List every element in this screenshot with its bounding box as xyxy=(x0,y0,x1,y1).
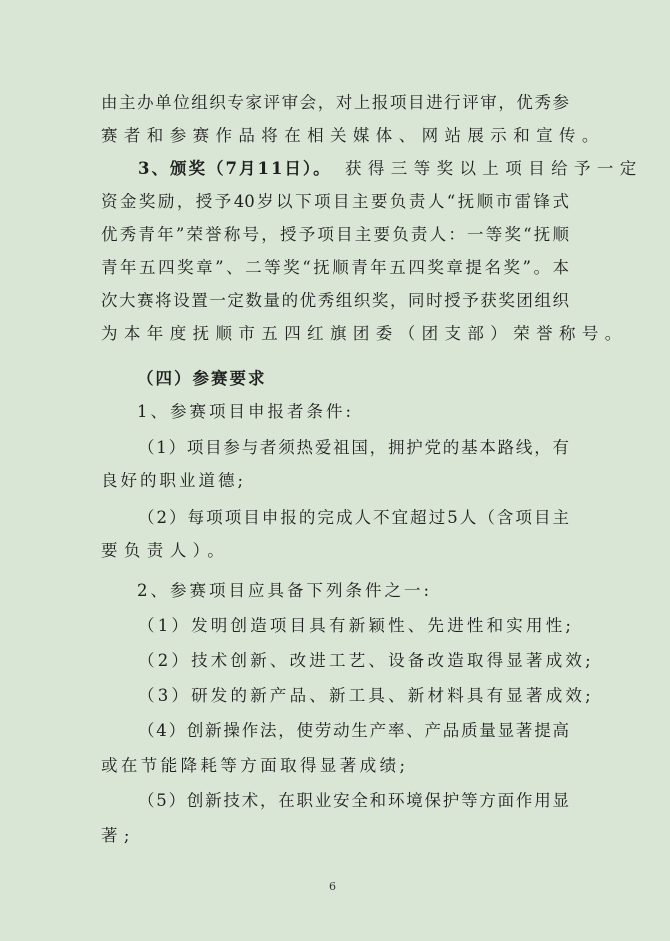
section-heading-award: 3、颁奖（7月11日）。 xyxy=(138,152,332,185)
paragraph-line: 次大赛将设置一定数量的优秀组织奖，同时授予获奖团组织 xyxy=(101,284,569,317)
paragraph-line: 优秀青年”荣誉称号，授予项目主要负责人：一等奖“抚顺 xyxy=(101,218,569,251)
list-item: （4）创新操作法，使劳动生产率、产品质量显著提高 xyxy=(138,714,569,747)
page-number: 6 xyxy=(329,880,336,893)
section-heading-requirements: （四）参赛要求 xyxy=(137,362,267,395)
list-item: 著; xyxy=(101,819,136,852)
paragraph-line: 青年五四奖章”、二等奖“抚顺青年五四奖章提名奖”。本 xyxy=(101,251,569,284)
list-heading: 2、参赛项目应具备下列条件之一: xyxy=(137,574,432,607)
paragraph-line: 赛者和参赛作品将在相关媒体、网站展示和宣传。 xyxy=(101,119,605,152)
paragraph-line: 资金奖励，授予40岁以下项目主要负责人“抚顺市雷锋式 xyxy=(101,185,569,218)
list-item: 或在节能降耗等方面取得显著成绩; xyxy=(101,749,408,782)
list-item: （2）技术创新、改进工艺、设备改造取得显著成效; xyxy=(138,644,594,677)
list-item: 良好的职业道德; xyxy=(101,464,246,497)
list-item: （2）每项项目申报的完成人不宜超过5人（含项目主 xyxy=(138,501,569,534)
list-item: （5）创新技术，在职业安全和环境保护等方面作用显 xyxy=(138,784,569,817)
paragraph-line: 由主办单位组织专家评审会，对上报项目进行评审，优秀参 xyxy=(101,86,569,119)
list-item: 要负责人）。 xyxy=(101,534,230,567)
paragraph-line: 为本年度抚顺市五四红旗团委（团支部）荣誉称号。 xyxy=(101,317,628,350)
list-item: （3）研发的新产品、新工具、新材料具有显著成效; xyxy=(138,679,594,712)
paragraph-line: 获得三等奖以上项目给予一定 xyxy=(345,152,643,185)
list-item: （1）项目参与者须热爱祖国，拥护党的基本路线，有 xyxy=(138,431,569,464)
list-heading: 1、参赛项目申报者条件: xyxy=(137,395,354,428)
list-item: （1）发明创造项目具有新颖性、先进性和实用性; xyxy=(138,609,574,642)
